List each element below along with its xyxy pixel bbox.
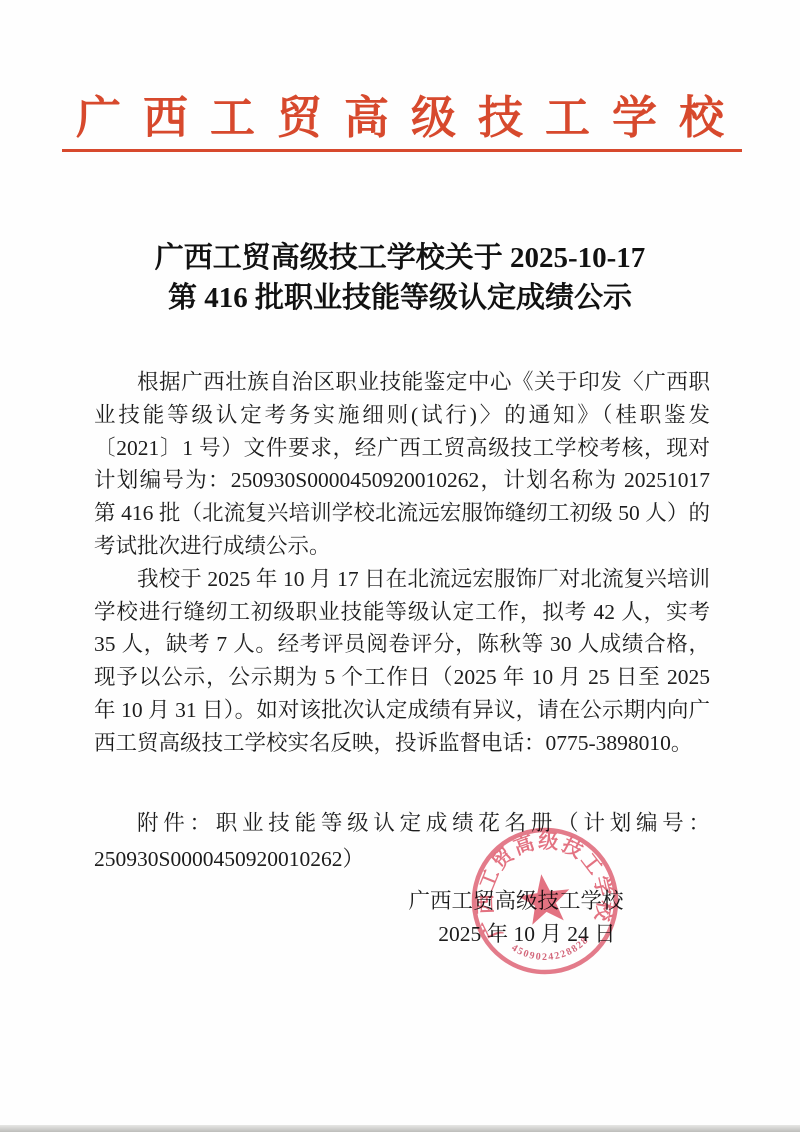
document-title: 广西工贸高级技工学校关于 2025-10-17 第 416 批职业技能等级认定成… <box>40 238 760 318</box>
paragraph-basis: 根据广西壮族自治区职业技能鉴定中心《关于印发〈广西职业技能等级认定考务实施细则(… <box>94 366 710 563</box>
official-seal: 广西工贸高级技工学校 4509024228828 <box>438 794 653 1009</box>
letterhead-school-name: 广西工贸高级技工学校 <box>0 96 800 141</box>
document-title-line1: 广西工贸高级技工学校关于 2025-10-17 <box>40 238 760 278</box>
scan-bottom-edge <box>0 1125 800 1132</box>
document-title-line2: 第 416 批职业技能等级认定成绩公示 <box>40 278 760 318</box>
paragraph-results: 我校于 2025 年 10 月 17 日在北流远宏服饰厂对北流复兴培训学校进行缝… <box>94 563 710 760</box>
document-body: 根据广西壮族自治区职业技能鉴定中心《关于印发〈广西职业技能等级认定考务实施细则(… <box>94 366 710 760</box>
letterhead-rule <box>62 149 742 152</box>
notice-document-page: 广西工贸高级技工学校 广西工贸高级技工学校关于 2025-10-17 第 416… <box>0 0 800 1132</box>
star-icon <box>516 871 574 926</box>
